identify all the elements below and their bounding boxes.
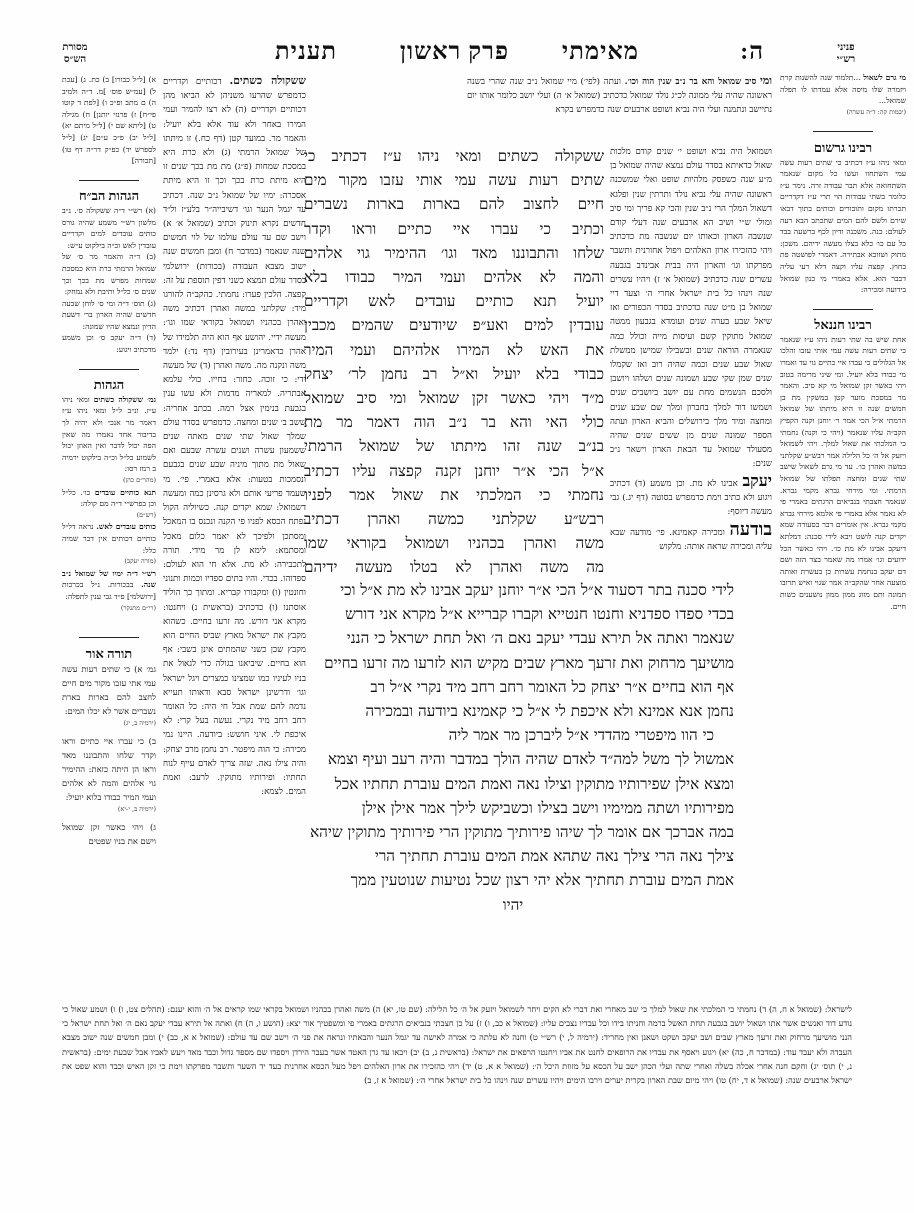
gemara-line: לידי סכנה בתר דסעוד א״ל הכי א״ר יוחנן יע… [292,578,734,602]
gemara-line: כולי האי והא בר נ״ב הוה דאמר מר מת [304,410,604,434]
footer-citations-text: לישראל: (שמואל א ח, ה) ד) נחמתי כי המלכת… [62,1002,852,1087]
hagahot-habach-item: (ג) תוס׳ ד״ה ומי ס׳ לוחן שבעה חדשים שהיה… [62,298,156,333]
gemara-line: שתים רעות עשה עמי אותי עזבו מקור מים [304,168,604,192]
tosafot-lead: ומי [760,74,772,87]
gemara-wide-lines: לידי סכנה בתר דסעוד א״ל הכי א״ר יוחנן יע… [292,578,734,917]
gemara-line: אף הוא בחיים א״ר יצחק כל האומר רחב רחב מ… [292,675,734,699]
gemara-line: משה ואהרן בכהניו ושמואל בקוראי שמו [304,531,604,555]
tosafot-beduah-lead: בודעה [730,519,772,540]
hagahot-item-text: ומאי ניהו ע״ז. ונ״ב ל״ל ומאי ניהו ע״ז דא… [62,395,156,474]
rashi-label: רש״י [826,54,866,66]
ornament-divider [62,175,156,187]
chapter-title: מאימתי [562,38,639,66]
gemara-line: ומצא אילן שפירותיו מתוקין וצילו נאה ואמת… [292,772,734,796]
ornament-divider [780,126,906,138]
chapter-number: פרק ראשון [400,38,509,66]
pninei-rashi-block: מי גרם לשאול ...תלמוד שנה להשנות קרת ויז… [780,72,906,118]
torah-or-source: (ירמיה ב, י-יא) [62,804,156,816]
gemara-line: נחמן אנא אמינא ולא איכפת לי א״ל כי קאמינ… [292,699,734,723]
left-margin-title: מסורת הש״ס [54,42,96,66]
right-margin-title: פניני רש״י [826,42,866,66]
rabbeinu-gershom-title: רבינו גרשום [780,142,906,154]
right-margin-column: מי גרם לשאול ...תלמוד שנה להשנות קרת ויז… [780,72,906,952]
ornament-divider [780,304,906,316]
pninei-rashi-source: (יבמות קה: ד״ה עשרה) [780,107,906,119]
left-margin-column: א) [ל״ל כבורו] ב) כת. ג) [עכת ל) [עמ״ש פ… [62,74,156,1034]
gemara-line: יועיל תנא כותיים עובדים לאש וקדריים [304,289,604,313]
torah-or-item: גמ׳ א) כי שתים רעות עשה עמי אתי עזבו מקו… [62,662,156,718]
gemara-line: צילך נאה הרי צילך נאה שתהא אמת המים עובר… [292,844,734,868]
hagahot-habach-item: (ב) ד״ה והאמר מר ס׳ של שמואל הרמתי כרת ה… [62,251,156,297]
hagahot-habach-item: (ד) ד״ה יעקב ס׳ וכן משמע מדכתיב ויגוע: [62,332,156,355]
tosafot-top: ומי סיב שמואל והא בר נ״ב שנין הוה וכו׳. … [467,74,772,144]
gemara-line: את האש לא המירו אלהיהם ועמי המיר [304,338,604,362]
gemara-line: ששקולה כשתים ומאי ניהו ע״ז דכתיב כי [304,144,604,168]
gemara-line: שלחו והתבוננו מאד וגו׳ ההימיר גוי אלהים [304,241,604,265]
hagahot-habach-item: (א) רש״י ד״ה ששקולה ס׳. נ״ב מלשון רש״י מ… [62,205,156,251]
hagahot-item-lead: תנא כותיים עובדים [95,488,156,497]
hagahot-item-source: (רש״ם) [62,510,156,522]
tractate-name: תענית [275,38,337,66]
hagahot-item-lead: כותים עובדים לאש. [96,522,156,531]
hagahot-title: הגהות [62,379,156,391]
gemara-line: א״ל הכי א״ר יוחנן זקנה קפצה עליו דכתיב [304,459,604,483]
hagahot-item-source: (רי״ם מתנקר) [62,603,156,615]
tosafot-yaakov-lead: יעקב [742,471,772,490]
torah-or-item: ב) כי עברו איי כתיים וראו וקדר שלחו והתב… [62,734,156,804]
gemara-line: חיים לחצוב להם בארות בארות נשברים [304,192,604,216]
ornament-divider [62,632,156,644]
hashas-label: הש״ס [54,54,96,66]
gemara-line: במה אברכך אם אומר לך שיהו פירותיך מתוקין… [292,820,734,844]
gemara-line: וכתיב כי עברו איי כתיים וראו וקדר [304,217,604,241]
gemara-line: כי הוו מיפטרי מהדדי א״ל ליברכן מר אמר לי… [292,723,734,747]
gemara-lines: ששקולה כשתים ומאי ניהו ע״ז דכתיב כישתים … [304,144,604,584]
rabbeinu-gershom-text: ומאי ניהו ע״ז דכתיב כי שתים רעות עשה עמי… [780,157,906,296]
torah-or-item: ג) ויהי כאשר זקן שמואל וישם את בניו שפטי… [62,820,156,848]
rabbeinu-chananel-text: אחת שיש בה שתי רעות ניהו ע״ז שנאמר כי שת… [780,334,906,612]
rashi-text: דכותיים וקדריים כדמפרש שהרעו משניהן לא ה… [163,77,306,797]
tosafot-text-side: ושמואל היה נביא ושופט י׳ שנים קודם מלכות… [610,145,772,472]
rabbeinu-chananel-title: רבינו חננאל [780,319,906,331]
footer-citations: לישראל: (שמואל א ח, ה) ד) נחמתי כי המלכת… [62,1002,852,1092]
gemara-line: מ״ד ויהי כאשר זקן שמואל ומי סיב שמואל [304,386,604,410]
gemara-line: עובדין למים ואע״פ שיודעים שהמים מכבין [304,313,604,337]
gemara-line: מושיעך מרחוק ואת זרעך מארץ שבים מקיש הוא… [292,651,734,675]
hagahot-item-lead: גמ׳ ששקולה כשתים [94,395,156,404]
gemara-line: רבש״ע שקלתני כמשה ואהרן דכתיב [304,507,604,531]
gemara-wide-block: לידי סכנה בתר דסעוד א״ל הכי א״ר יוחנן יע… [292,578,734,958]
hagahot-item-source: (מורה יעקב) [62,556,156,568]
rashi-column: ששקולה כשתים. דכותיים וקדריים כדמפרש שהר… [163,74,306,949]
gemara-line: כבודי בלא יועיל וא״ל רב נחמן לר׳ יצחק [304,362,604,386]
tosafot-lead-rest: סיב שמואל והא בר נ״ב שנין הוה וכו׳. [625,77,757,87]
tosafot-side: ושמואל היה נביא ושופט י׳ שנים קודם מלכות… [610,145,772,645]
pninei-rashi-lead: מי גרם לשאול [863,73,906,82]
hagahot-habach-title: הגהות הב״ח [62,190,156,202]
gemara-line: אמת המים עוברת תחתיך אלא יהי רצון שכל נט… [292,868,734,892]
pninei-label: פניני [826,42,866,54]
gemara-line: נחמתי כי המלכתי את שאול אמר לפניו [304,483,604,507]
gemara-line: מפירותיו ושתה ממימיו וישב בצילו וכשביקש … [292,796,734,820]
gemara-line: בנ״ב שנה זהו מיתתו של שמואל הרמתי [304,434,604,458]
gemara-line: מה משה ואהרן לא בטלו מעשה ידיהם [304,555,604,579]
gemara-narrow-block: ששקולה כשתים ומאי ניהו ע״ז דכתיב כישתים … [304,144,604,584]
torah-or-source: (ירמיה ב, יג) [62,718,156,730]
gemara-line: אמשול לך משל למה״ד לאדם שהיה הולך במדבר … [292,747,734,771]
gemara-line: והמה לא אלהים ועמי המיר כבודו בלא [304,265,604,289]
mesoret-hashas-text: א) [ל״ל כבורו] ב) כת. ג) [עכת ל) [עמ״ש פ… [62,74,156,167]
gemara-line: יהיו [292,893,734,917]
gemara-line: שנאמר ואתה אל תירא עבדי יעקב נאם ה׳ ואל … [292,626,734,650]
rashi-lead: ששקולה כשתים. [229,74,306,87]
page-number: ה: [740,38,764,66]
torah-or-title: תורה אור [62,648,156,660]
gemara-line: בכדי ספדו ספדניא וחנטו חנטייא וקברו קברי… [292,602,734,626]
hagahot-item-source: (מהר״ם כהן) [62,475,156,487]
mesoret-label: מסורת [54,42,96,54]
ornament-divider [62,364,156,376]
